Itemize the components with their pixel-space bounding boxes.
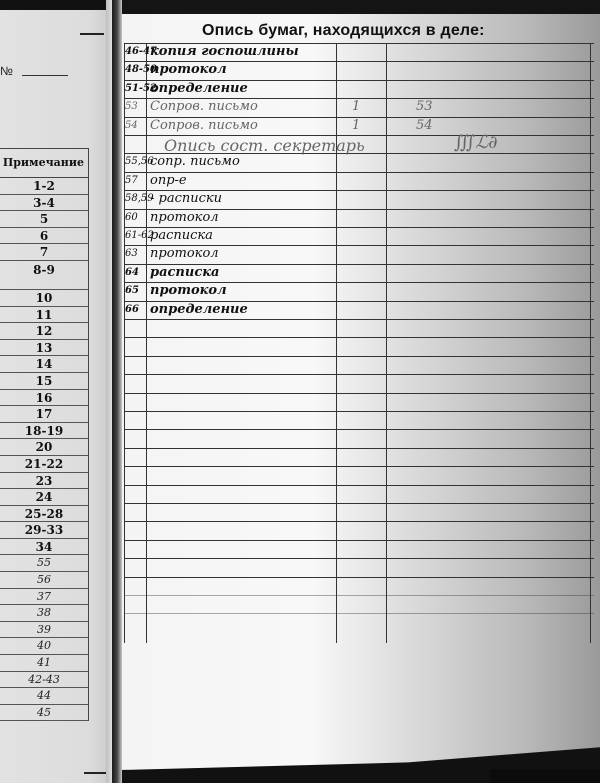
note-row-handwritten: 38 (0, 605, 88, 622)
note-row: 10 (0, 290, 88, 307)
note-row: 21-22 (0, 456, 88, 473)
note-row-handwritten: 42-43 (0, 672, 88, 689)
row-line (124, 319, 594, 320)
row-line (124, 337, 594, 338)
inventory-title: Опись бумаг, находящихся в деле: (202, 22, 485, 40)
entry-text: сопр. письмо (150, 154, 240, 169)
left-page-dash-bottom (84, 772, 106, 774)
entry-text: Сопров. письмо (150, 118, 258, 133)
entry-number: 53 (125, 101, 138, 112)
top-shadow (120, 0, 600, 14)
entry-number: 60 (125, 212, 138, 223)
note-row: 24 (0, 489, 88, 506)
note-row: 23 (0, 473, 88, 490)
note-row: 12 (0, 323, 88, 340)
note-row: 29-33 (0, 522, 88, 539)
note-row: 16 (0, 390, 88, 407)
note-row: 13 (0, 340, 88, 357)
row-line (124, 577, 594, 578)
row-line (124, 466, 594, 467)
note-row-handwritten: 40 (0, 638, 88, 655)
row-line (124, 374, 594, 375)
case-number-label: № (0, 64, 13, 78)
note-row: 17 (0, 406, 88, 423)
book-spine (112, 0, 122, 783)
column-line (386, 43, 387, 643)
entry-text: протокол (150, 210, 219, 225)
entry-text: определение (150, 81, 248, 96)
bottom-shadow (490, 769, 600, 783)
row-line (124, 429, 594, 430)
entry-number: 54 (125, 120, 138, 131)
note-row-handwritten: 39 (0, 622, 88, 639)
row-line (124, 448, 594, 449)
notes-table: Примечание 1-23-45678-910111213141516171… (0, 148, 89, 721)
entry-text: Сопров. письмо (150, 99, 258, 114)
note-row: 18-19 (0, 423, 88, 440)
entry-number: 57 (125, 175, 138, 186)
entry-text: определение (150, 302, 248, 317)
note-row: 1-2 (0, 178, 88, 195)
entry-text: протокол (150, 246, 219, 261)
note-row-handwritten: 44 (0, 688, 88, 705)
entry-number: 64 (125, 267, 139, 278)
secretary-signature: ∭ℒ∂ (454, 132, 498, 153)
entry-number: 66 (125, 304, 139, 315)
entry-number: 65 (125, 285, 139, 296)
note-row: 7 (0, 244, 88, 261)
note-row: 11 (0, 307, 88, 324)
note-row-handwritten: 56 (0, 572, 88, 589)
case-number-line (22, 75, 68, 76)
row-line (124, 540, 594, 541)
column-line (146, 43, 147, 643)
entry-page: 53 (416, 99, 433, 114)
note-row-handwritten: 45 (0, 705, 88, 722)
entry-text: расписка (150, 228, 213, 243)
entry-text: копия госпошлины (150, 44, 299, 59)
row-line (124, 411, 594, 412)
row-line (124, 485, 594, 486)
column-line (124, 43, 125, 643)
note-row: 15 (0, 373, 88, 390)
note-row-handwritten: 41 (0, 655, 88, 672)
column-line (336, 43, 337, 643)
note-row: 3-4 (0, 195, 88, 212)
entry-text: расписка (150, 265, 219, 280)
note-row-handwritten: 55 (0, 555, 88, 572)
note-row: 8-9 (0, 261, 88, 290)
entry-count: 1 (352, 118, 360, 133)
entry-number: 63 (125, 248, 138, 259)
entry-text: опр-е (150, 173, 187, 188)
entry-text: Опись сост. секретарь (164, 136, 365, 155)
note-row: 25-28 (0, 506, 88, 523)
row-line (124, 613, 594, 614)
note-row: 6 (0, 228, 88, 245)
note-row-handwritten: 37 (0, 589, 88, 606)
row-line (124, 558, 594, 559)
row-line (124, 503, 594, 504)
row-line (124, 356, 594, 357)
note-row: 34 (0, 539, 88, 556)
entry-count: 1 (352, 99, 360, 114)
entry-text: - расписки (150, 191, 222, 206)
column-line (590, 43, 591, 643)
entry-text: протокол (150, 283, 227, 298)
note-row: 14 (0, 356, 88, 373)
inventory-grid: 46-47копия госпошлины48-50протокол51-52о… (124, 43, 594, 643)
notes-header: Примечание (0, 148, 88, 178)
left-page-dash (80, 33, 104, 35)
row-line (124, 172, 594, 173)
entry-text: протокол (150, 62, 227, 77)
entry-page: 54 (416, 118, 433, 133)
row-line (124, 393, 594, 394)
note-row: 20 (0, 439, 88, 456)
note-row: 5 (0, 211, 88, 228)
row-line (124, 521, 594, 522)
row-line (124, 595, 594, 596)
